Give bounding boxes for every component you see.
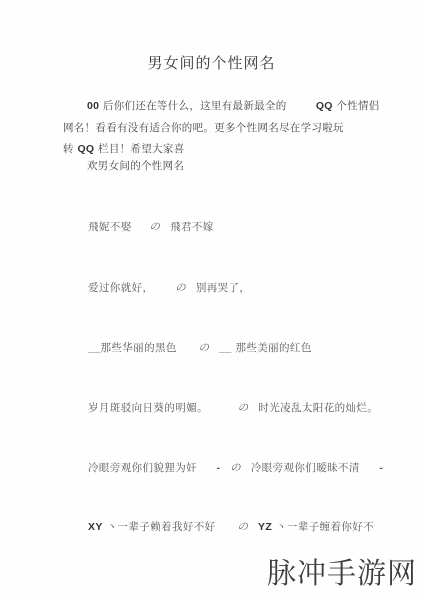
name-right: 冷眼旁观你们暧昧不清: [251, 462, 360, 474]
separator: の: [237, 519, 248, 534]
separator: の: [238, 400, 249, 415]
name-pair-1: 飛妮不娶 の 飛君不嫁: [88, 219, 214, 234]
dash-suffix: -: [379, 462, 383, 474]
name-right: 那些美丽的红色: [235, 342, 311, 354]
name-left: 飛妮不娶: [88, 221, 132, 233]
separator: の: [230, 460, 241, 475]
name-pair-4: 岁月斑驳向日葵的明媚。 の 时光凌乱太阳花的灿烂。: [88, 400, 378, 415]
name-left: 那些华丽的黑色: [100, 342, 176, 354]
intro-line-3-suffix: 栏目！希望大家喜: [98, 143, 184, 155]
name-right: 时光凌乱太阳花的灿烂。: [258, 402, 378, 414]
underscore-prefix: __: [88, 342, 100, 354]
intro-00: 00: [87, 100, 99, 112]
name-right: 别再哭了，: [196, 282, 251, 294]
intro-line-2: 网名！看看有没有适合你的吧。更多个性网名尽在学习啦玩: [63, 120, 344, 135]
yz-prefix: YZ: [258, 521, 272, 533]
intro-qq: QQ: [316, 100, 333, 112]
intro-line-1-suffix: 个性情侣: [336, 100, 379, 112]
name-right: 丶一辈子缠着你好不: [276, 521, 374, 533]
watermark-logo: 脉冲手游网: [267, 551, 417, 592]
name-pair-3: __那些华丽的黑色 の __ 那些美丽的红色: [88, 340, 312, 355]
intro-line-1: 00 后你们还在等什么，这里有最新最全的 QQ 个性情侣: [87, 98, 380, 113]
intro-line-4: 欢男女间的个性网名: [87, 158, 184, 173]
name-pair-6: XY 丶一辈子赖着我好不好 の YZ 丶一辈子缠着你好不: [88, 519, 374, 534]
separator: の: [199, 340, 210, 355]
name-left: 丶一辈子赖着我好不好: [107, 521, 216, 533]
name-pair-2: 爱过你就好， の 别再哭了，: [88, 280, 250, 295]
intro-line-3: 转 QQ 栏目！希望大家喜: [63, 141, 184, 156]
name-right: 飛君不嫁: [170, 221, 214, 233]
name-pair-5: 冷眼旁观你们貌狸为奸 - の 冷眼旁观你们暧昧不清 -: [88, 460, 383, 475]
intro-line-1-text: 后你们还在等什么，这里有最新最全的: [103, 100, 287, 112]
document-page: 男女间的个性网名 00 后你们还在等什么，这里有最新最全的 QQ 个性情侣 网名…: [0, 0, 423, 600]
xy-prefix: XY: [88, 521, 103, 533]
name-left: 岁月斑驳向日葵的明媚。: [88, 402, 208, 414]
name-left: 爱过你就好，: [88, 282, 153, 294]
separator: の: [149, 219, 160, 234]
name-left: 冷眼旁观你们貌狸为奸: [88, 462, 197, 474]
intro-qq-2: QQ: [77, 143, 94, 155]
dash-suffix: -: [217, 462, 221, 474]
intro-line-3-prefix: 转: [63, 143, 74, 155]
underscore-prefix: __: [219, 342, 231, 354]
separator: の: [175, 280, 186, 295]
document-title: 男女间的个性网名: [0, 52, 423, 73]
